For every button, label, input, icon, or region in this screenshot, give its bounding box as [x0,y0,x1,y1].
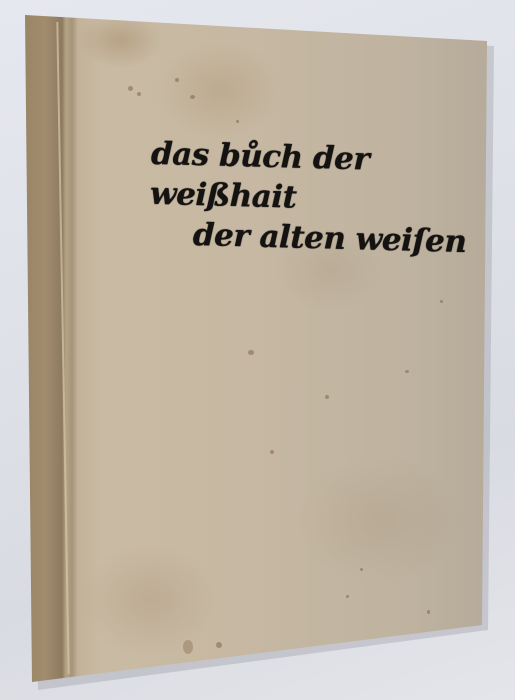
foxing-spot [183,640,193,654]
book-cover [0,0,515,700]
book-title: das bůch der weißhait der alten weiſen [148,134,471,262]
foxing-spot [175,78,179,82]
foxing-spot [427,610,430,614]
foxing-spot [190,95,195,99]
title-line-1: das bůch der weißhait [150,134,472,222]
foxing-spot [216,642,222,648]
foxing-spot [346,595,349,598]
title-line-2: der alten weiſen [192,215,469,262]
foxing-spot [360,568,363,571]
foxing-spot [236,120,239,123]
foxing-spot [248,350,254,355]
foxing-spot [325,395,329,399]
foxing-spot [405,370,409,373]
foxing-spot [440,300,443,303]
foxing-spot [270,450,274,454]
foxing-spot [128,86,133,91]
foxing-spot [137,92,141,96]
